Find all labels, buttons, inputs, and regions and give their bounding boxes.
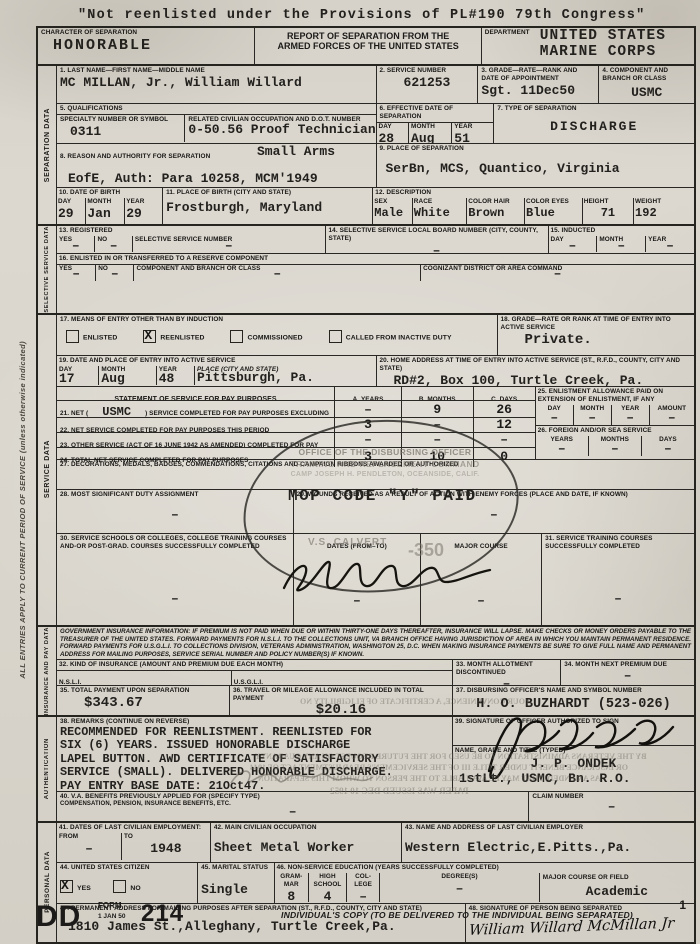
- field-6-year-label: YEAR: [454, 123, 491, 131]
- field-19-place: PLACE (City and State)Pittsburgh, Pa.: [194, 366, 376, 385]
- field-12-eyes-value: Blue: [526, 206, 581, 220]
- field-5-specialty-value: 0311: [70, 124, 181, 139]
- department-value-line2: MARINE CORPS: [540, 44, 656, 60]
- field-26-months: MONTHS–: [588, 436, 641, 456]
- field-12-sex-value: Male: [374, 206, 410, 220]
- field-15-day: DAY–: [549, 236, 597, 252]
- field-9: 9. PLACE OF SEPARATION SerBn, MCS, Quant…: [376, 144, 695, 187]
- section-separation-label: SEPARATION DATA: [44, 108, 51, 182]
- field-36: 36. TRAVEL OR MILEAGE ALLOWANCE INCLUDED…: [229, 686, 452, 715]
- field-43-value: Western Electric,E.Pitts.,Pa.: [405, 840, 691, 855]
- checkbox-reenlisted: X: [143, 330, 156, 343]
- field-6-month-label: MONTH: [411, 123, 449, 131]
- field-23-label-cell: 23. OTHER SERVICE (Act of 16 June 1942 a…: [57, 433, 334, 447]
- field-17-option-called: CALLED FROM INACTIVE DUTY: [329, 331, 452, 344]
- field-16-yes: YES–: [57, 265, 95, 281]
- field-40: 40. V.A. BENEFITS PREVIOUSLY APPLIED FOR…: [57, 792, 528, 821]
- field-32-usgli-value: –: [234, 682, 450, 685]
- field-23-months-value: –: [405, 433, 470, 447]
- top-annotation: "Not reenlisted under the Provisions of …: [78, 8, 645, 23]
- form-footer: DD FORM 1 JAN 50 214 INDIVIDUAL'S COPY (…: [36, 898, 696, 942]
- report-title-line2: ARMED FORCES OF THE UNITED STATES: [258, 41, 477, 51]
- character-of-separation-box: CHARACTER OF SEPARATION HONORABLE: [38, 28, 254, 64]
- row-1-4: 1. LAST NAME—FIRST NAME—MIDDLE NAME MC M…: [57, 66, 694, 103]
- department-value-line1: UNITED STATES: [540, 28, 666, 44]
- section-insurance: INSURANCE AND PAY DATA GOVERNMENT INSURA…: [38, 625, 694, 715]
- field-26-months-value: –: [611, 441, 619, 456]
- field-23-months: –: [401, 433, 473, 447]
- field-41: 41. DATES OF LAST CIVILIAN EMPLOYMENT: F…: [57, 823, 210, 862]
- field-28: 28. MOST SIGNIFICANT DUTY ASSIGNMENT –: [57, 490, 293, 533]
- row-21-26: STATEMENT OF SERVICE FOR PAY PURPOSES A.…: [57, 386, 694, 459]
- form-header-row: CHARACTER OF SEPARATION HONORABLE REPORT…: [38, 28, 694, 64]
- field-12-hair: COLOR HAIRBrown: [466, 198, 524, 224]
- field-15-label: 15. INDUCTED: [549, 226, 695, 236]
- field-12-race-value: White: [414, 206, 466, 220]
- insurance-note-text: GOVERNMENT INSURANCE INFORMATION: IF PRE…: [60, 628, 691, 659]
- remarks-line-1: RECOMMENDED FOR REENLISTMENT. REENLISTED…: [60, 726, 449, 739]
- field-8-value: EofE, Auth: Para 10258, MCM'1949: [68, 171, 373, 186]
- section-authentication-strip: AUTHENTICATION: [38, 717, 57, 821]
- field-31: 31. SERVICE TRAINING COURSES SUCCESSFULL…: [541, 534, 694, 625]
- field-6-month: MONTH Aug: [408, 123, 451, 143]
- report-title-box: REPORT OF SEPARATION FROM THE ARMED FORC…: [254, 28, 480, 64]
- field-4: 4. COMPONENT AND BRANCH OR CLASS USMC: [598, 66, 694, 103]
- field-2-value: 621253: [380, 75, 475, 90]
- field-19-day-value: 17: [59, 371, 96, 385]
- field-10: 10. DATE OF BIRTH DAY29 MONTHJan YEAR29: [57, 188, 162, 224]
- field-13-ssn: SELECTIVE SERVICE NUMBER–: [132, 236, 325, 252]
- field-22-months: –: [401, 418, 473, 432]
- field-6-day-value: 28: [379, 131, 407, 143]
- field-10-day-value: 29: [58, 206, 84, 221]
- field-12-label: 12. DESCRIPTION: [373, 188, 694, 198]
- field-17-option-enlisted-label: ENLISTED: [83, 334, 117, 341]
- field-19-place-value: Pittsburgh, Pa.: [197, 370, 374, 385]
- field-30-dates-label: DATES (From–To): [297, 543, 417, 551]
- field-41-to: TO1948: [121, 833, 210, 860]
- claim-number-value: –: [532, 799, 691, 814]
- field-4-value: USMC: [602, 85, 691, 100]
- field-39-title-value: 1stLt., USMC, Bn. R.O.: [459, 771, 694, 786]
- field-17-option-commissioned: COMMISSIONED: [230, 331, 302, 344]
- field-23-years: –: [334, 433, 401, 447]
- row-35-37: 35. TOTAL PAYMENT UPON SEPARATION $343.6…: [57, 685, 694, 715]
- field-12-sex: SEXMale: [373, 198, 411, 224]
- field-21-label-pre: 21. NET (: [60, 410, 88, 417]
- field-40-label: 40. V.A. BENEFITS PREVIOUSLY APPLIED FOR…: [60, 793, 525, 801]
- field-46-major-value: Academic: [543, 884, 691, 899]
- field-20-value: RD#2, Box 100, Turtle Creek, Pa.: [394, 373, 692, 386]
- field-22-years: 3: [334, 418, 401, 432]
- field-12-height-label: HEIGHT: [584, 198, 632, 206]
- checkbox-citizen-yes-mark: X: [61, 878, 69, 894]
- pay-header-years-text: A. YEARS: [353, 396, 384, 400]
- field-31-label: 31. SERVICE TRAINING COURSES SUCCESSFULL…: [545, 535, 691, 551]
- field-37-label: 37. DISBURSING OFFICER'S NAME AND SYMBOL…: [456, 687, 691, 695]
- field-35-label: 35. TOTAL PAYMENT UPON SEPARATION: [60, 687, 226, 695]
- field-34: 34. MONTH NEXT PREMIUM DUE –: [560, 660, 694, 685]
- field-9-label: 9. PLACE OF SEPARATION: [380, 145, 692, 153]
- field-46-college-label: COL- LEGE: [347, 873, 380, 889]
- field-14: 14. SELECTIVE SERVICE LOCAL BOARD NUMBER…: [325, 226, 548, 253]
- section-authentication: AUTHENTICATION 38. REMARKS (Continue on …: [38, 715, 694, 821]
- field-17: 17. MEANS OF ENTRY OTHER THAN BY INDUCTI…: [57, 315, 497, 355]
- field-22-years-value: 3: [338, 418, 398, 432]
- field-21-years: –: [334, 401, 401, 417]
- row-insurance-note: GOVERNMENT INSURANCE INFORMATION: IF PRE…: [57, 627, 694, 659]
- field-7-label: 7. TYPE OF SEPARATION: [497, 105, 691, 113]
- pay-header-months-text: B. MONTHS: [419, 396, 456, 400]
- pay-header-days-text: C. DAYS: [491, 396, 517, 400]
- field-6-year: YEAR 51: [451, 123, 493, 143]
- field-41-from-label: FROM: [59, 833, 119, 841]
- section-service-label: SERVICE DATA: [44, 440, 51, 498]
- field-17-option-reenlisted: XREENLISTED: [143, 331, 204, 344]
- field-10-month-value: Jan: [87, 206, 123, 221]
- field-12-weight: WEIGHT192: [633, 198, 694, 224]
- field-39-name-value: J. P. ONDEK: [453, 756, 694, 771]
- field-6-day-label: DAY: [379, 123, 407, 131]
- row-5-7: 5. QUALIFICATIONS SPECIALTY NUMBER OR SY…: [57, 103, 694, 143]
- field-1: 1. LAST NAME—FIRST NAME—MIDDLE NAME MC M…: [57, 66, 376, 103]
- field-3-label: 3. GRADE—RATE—RANK AND DATE OF APPOINTME…: [481, 67, 595, 83]
- field-39-label: 39. SIGNATURE OF OFFICER AUTHORIZED TO S…: [453, 717, 694, 727]
- field-42: 42. MAIN CIVILIAN OCCUPATION Sheet Metal…: [210, 823, 401, 862]
- field-30-dates-value: –: [297, 593, 417, 608]
- field-46-label: 46. NON-SERVICE EDUCATION (Years success…: [275, 863, 694, 873]
- field-10-month-label: MONTH: [87, 198, 123, 206]
- field-25-month-value: –: [588, 410, 596, 425]
- field-19-label: 19. DATE AND PLACE OF ENTRY INTO ACTIVE …: [57, 356, 376, 366]
- checkbox-commissioned: [230, 330, 243, 343]
- field-17-option-reenlisted-label: REENLISTED: [160, 334, 204, 341]
- remarks-line-2: SIX (6) YEARS. ISSUED HONORABLE DISCHARG…: [60, 739, 449, 752]
- field-12-eyes: COLOR EYESBlue: [524, 198, 582, 224]
- section-service-data: SERVICE DATA 17. MEANS OF ENTRY OTHER TH…: [38, 313, 694, 625]
- row-16: 16. ENLISTED IN OR TRANSFERRED TO A RESE…: [57, 253, 694, 281]
- footer-page-number: 1: [679, 898, 686, 912]
- field-41-to-value: 1948: [124, 841, 208, 856]
- row-21: 21. NET (USMC) SERVICE COMPLETED FOR PAY…: [57, 401, 535, 418]
- section-insurance-label: INSURANCE AND PAY DATA: [44, 627, 50, 715]
- field-2-label: 2. SERVICE NUMBER: [380, 67, 475, 75]
- field-15-month: MONTH–: [596, 236, 645, 252]
- field-19-year: YEAR48: [156, 366, 194, 385]
- field-30-label: 30. SERVICE SCHOOLS OR COLLEGES, COLLEGE…: [60, 535, 290, 551]
- field-43-label: 43. NAME AND ADDRESS OF LAST CIVILIAN EM…: [405, 824, 691, 832]
- field-11: 11. PLACE OF BIRTH (City and State) Fros…: [162, 188, 372, 224]
- remarks-line-3: LAPEL BUTTON. AWD CERTIFICATE OF SATISFA…: [60, 753, 449, 766]
- insurance-note: GOVERNMENT INSURANCE INFORMATION: IF PRE…: [57, 627, 694, 659]
- field-36-label: 36. TRAVEL OR MILEAGE ALLOWANCE INCLUDED…: [233, 687, 449, 703]
- row-32-34: 32. KIND OF INSURANCE (amount and premiu…: [57, 659, 694, 685]
- field-39: 39. SIGNATURE OF OFFICER AUTHORIZED TO S…: [452, 717, 694, 791]
- footer-copy-text: INDIVIDUAL'S COPY (TO BE DELIVERED TO TH…: [281, 910, 633, 920]
- field-26-days-value: –: [664, 441, 672, 456]
- field-6-month-value: Aug: [411, 131, 449, 143]
- field-12-height-value: 71: [584, 206, 632, 220]
- row-17-18: 17. MEANS OF ENTRY OTHER THAN BY INDUCTI…: [57, 315, 694, 355]
- field-29-label: 29. WOUNDS RECEIVED AS A RESULT OF ACTIO…: [297, 491, 691, 499]
- row-40: 40. V.A. BENEFITS PREVIOUSLY APPLIED FOR…: [57, 791, 694, 821]
- field-12-race: RACEWhite: [412, 198, 467, 224]
- pay-header-title: STATEMENT OF SERVICE FOR PAY PURPOSES: [57, 387, 334, 400]
- field-33-value: –: [456, 676, 557, 685]
- field-15-year: YEAR–: [645, 236, 694, 252]
- field-20: 20. HOME ADDRESS AT TIME OF ENTRY INTO A…: [376, 356, 695, 386]
- field-12-race-label: RACE: [414, 198, 466, 206]
- footer-dd: DD: [36, 900, 81, 934]
- field-25-day: DAY–: [536, 405, 573, 425]
- field-12-hair-label: COLOR HAIR: [468, 198, 523, 206]
- field-25-day-value: –: [550, 410, 558, 425]
- field-33-label: 33. MONTH ALLOTMENT DISCONTINUED: [456, 661, 557, 677]
- field-6-year-value: 51: [454, 131, 491, 143]
- field-13-no: NO–: [94, 236, 131, 252]
- row-13-15: 13. REGISTERED YES– NO– SELECTIVE SERVIC…: [57, 226, 694, 253]
- field-22-months-value: –: [405, 418, 470, 432]
- field-32-nsli: N.S.L.I.–: [57, 671, 231, 685]
- field-32: 32. KIND OF INSURANCE (amount and premiu…: [57, 660, 452, 685]
- field-28-value: –: [60, 507, 290, 522]
- field-41-to-label: TO: [124, 833, 208, 841]
- field-10-label: 10. DATE OF BIRTH: [57, 188, 162, 198]
- footer-form-date: 1 JAN 50: [98, 913, 125, 920]
- field-10-year-value: 29: [126, 206, 161, 221]
- field-11-value: Frostburgh, Maryland: [166, 200, 369, 215]
- field-33: 33. MONTH ALLOTMENT DISCONTINUED –: [452, 660, 560, 685]
- field-5-dot-value: 0-50.56 Proof Technician: [188, 122, 372, 137]
- field-12: 12. DESCRIPTION SEXMale RACEWhite COLOR …: [372, 188, 694, 224]
- section-separation-data: SEPARATION DATA 1. LAST NAME—FIRST NAME—…: [38, 64, 694, 224]
- field-18-value: Private.: [525, 332, 691, 348]
- row-28-29: 28. MOST SIGNIFICANT DUTY ASSIGNMENT – 2…: [57, 489, 694, 533]
- field-31-value: –: [545, 591, 691, 606]
- section-selective-label: SELECTIVE SERVICE DATA: [44, 226, 50, 313]
- field-12-weight-label: WEIGHT: [635, 198, 693, 206]
- field-44-label: 44. UNITED STATES CITIZEN: [60, 864, 194, 872]
- field-16-component: COMPONENT AND BRANCH OR CLASS–: [133, 265, 420, 281]
- field-45-value: Single: [201, 882, 270, 897]
- field-3: 3. GRADE—RATE—RANK AND DATE OF APPOINTME…: [477, 66, 598, 103]
- field-45: 45. MARITAL STATUS Single: [197, 863, 273, 903]
- field-19-month: MONTHAug: [98, 366, 155, 385]
- field-34-value: –: [564, 668, 691, 683]
- field-40-claim: CLAIM NUMBER –: [528, 792, 694, 821]
- field-10-year-label: YEAR: [126, 198, 161, 206]
- field-41-from: FROM–: [57, 833, 121, 860]
- checkbox-citizen-yes: X: [60, 880, 73, 893]
- field-46: 46. NON-SERVICE EDUCATION (Years success…: [274, 863, 694, 903]
- field-21-label-cell: 21. NET (USMC) SERVICE COMPLETED FOR PAY…: [57, 401, 334, 417]
- field-27: 27. DECORATIONS, MEDALS, BADGES, COMMEND…: [57, 460, 694, 489]
- field-16-no: NO–: [95, 265, 133, 281]
- field-5-specialty: SPECIALTY NUMBER OR SYMBOL 0311: [57, 115, 184, 142]
- field-35-value: $343.67: [84, 695, 226, 711]
- field-14-label: 14. SELECTIVE SERVICE LOCAL BOARD NUMBER…: [329, 227, 545, 243]
- field-25-year: YEAR–: [611, 405, 649, 425]
- pay-header-years: A. YEARS: [334, 387, 401, 400]
- pay-header-title-text: STATEMENT OF SERVICE FOR PAY PURPOSES: [114, 396, 276, 400]
- field-5-dot: RELATED CIVILIAN OCCUPATION AND D.O.T. N…: [184, 115, 375, 142]
- field-18: 18. GRADE—RATE OR RANK AT TIME OF ENTRY …: [497, 315, 694, 355]
- field-46-degrees-value: –: [456, 881, 464, 896]
- field-30-value: –: [60, 591, 290, 606]
- field-25-26-block: 25. ENLISTMENT ALLOWANCE PAID ON EXTENSI…: [535, 387, 694, 459]
- field-13: 13. REGISTERED YES– NO– SELECTIVE SERVIC…: [57, 226, 325, 253]
- row-44-46: 44. UNITED STATES CITIZEN XYES NO 45. MA…: [57, 862, 694, 903]
- field-27-label: 27. DECORATIONS, MEDALS, BADGES, COMMEND…: [60, 461, 691, 469]
- field-16-cognizant: COGNIZANT DISTRICT OR AREA COMMAND–: [420, 265, 694, 281]
- row-41-43: 41. DATES OF LAST CIVILIAN EMPLOYMENT: F…: [57, 823, 694, 862]
- checkbox-reenlisted-mark: X: [144, 328, 152, 344]
- field-42-label: 42. MAIN CIVILIAN OCCUPATION: [214, 824, 398, 832]
- field-17-option-called-label: CALLED FROM INACTIVE DUTY: [346, 334, 452, 341]
- field-22-days-value: 12: [477, 418, 532, 432]
- field-45-label: 45. MARITAL STATUS: [201, 864, 270, 872]
- field-7: 7. TYPE OF SEPARATION DISCHARGE: [493, 104, 694, 143]
- field-12-hair-value: Brown: [468, 206, 523, 220]
- field-21-days-value: 26: [477, 402, 532, 417]
- field-25-amount-value: –: [668, 410, 676, 425]
- field-6-label: 6. EFFECTIVE DATE OF SEPARATION: [377, 104, 494, 123]
- row-38-39: 38. REMARKS (Continue on reverse) RECOMM…: [57, 717, 694, 791]
- checkbox-citizen-no: [113, 880, 126, 893]
- field-8-label: 8. REASON AND AUTHORITY FOR SEPARATION: [60, 153, 210, 161]
- field-2: 2. SERVICE NUMBER 621253: [376, 66, 478, 103]
- section-authentication-label: AUTHENTICATION: [44, 738, 50, 799]
- field-3-value: Sgt. 11Dec50: [481, 83, 595, 98]
- field-26-days: DAYS–: [641, 436, 694, 456]
- field-44-yes: XYES: [60, 885, 91, 892]
- field-44-no: NO: [113, 885, 140, 892]
- field-21-months: 9: [401, 401, 473, 417]
- field-12-height: HEIGHT71: [582, 198, 633, 224]
- field-26-years: YEARS–: [536, 436, 588, 456]
- row-30-31: 30. SERVICE SCHOOLS OR COLLEGES, COLLEGE…: [57, 533, 694, 625]
- footer-form-number: 214: [141, 900, 184, 928]
- field-7-value: DISCHARGE: [497, 119, 691, 134]
- field-16: 16. ENLISTED IN OR TRANSFERRED TO A RESE…: [57, 254, 694, 281]
- field-9-value: SerBn, MCS, Quantico, Virginia: [386, 161, 692, 176]
- field-13-label: 13. REGISTERED: [57, 226, 325, 236]
- field-44-no-label: NO: [130, 885, 140, 892]
- field-43: 43. NAME AND ADDRESS OF LAST CIVILIAN EM…: [401, 823, 694, 862]
- field-11-label: 11. PLACE OF BIRTH (City and State): [166, 189, 369, 197]
- field-28-label: 28. MOST SIGNIFICANT DUTY ASSIGNMENT: [60, 491, 290, 499]
- field-37: 37. DISBURSING OFFICER'S NAME AND SYMBOL…: [452, 686, 694, 715]
- field-32-nsli-label: N.S.L.I.: [59, 679, 81, 685]
- field-6: 6. EFFECTIVE DATE OF SEPARATION DAY 28 M…: [376, 104, 494, 143]
- field-30-dates: DATES (From–To) –: [293, 534, 420, 625]
- pay-header-days: C. DAYS: [473, 387, 535, 400]
- field-5-label: 5. QUALIFICATIONS: [57, 104, 376, 115]
- pay-table: STATEMENT OF SERVICE FOR PAY PURPOSES A.…: [57, 387, 535, 459]
- field-29-value: –: [297, 507, 691, 522]
- edge-note-text: ALL ENTRIES APPLY TO CURRENT PERIOD OF S…: [18, 341, 27, 679]
- field-20-label: 20. HOME ADDRESS AT TIME OF ENTRY INTO A…: [380, 357, 692, 373]
- field-39-name-label: NAME, GRADE AND TITLE (Typed): [453, 746, 694, 756]
- dd214-scanned-document: "Not reenlisted under the Provisions of …: [0, 0, 700, 944]
- field-13-yes: YES–: [57, 236, 94, 252]
- field-32-usgli-label: U.S.G.L.I.: [234, 679, 263, 685]
- field-17-option-enlisted: ENLISTED: [66, 331, 117, 344]
- field-23-years-value: –: [338, 433, 398, 447]
- field-42-value: Sheet Metal Worker: [214, 840, 398, 855]
- remarks-line-5: PAY ENTRY BASE DATE: 21Oct47.: [60, 780, 449, 791]
- field-5-extra-value: Small Arms: [257, 144, 335, 159]
- field-25-label: 25. ENLISTMENT ALLOWANCE PAID ON EXTENSI…: [536, 387, 694, 405]
- field-29: 29. WOUNDS RECEIVED AS A RESULT OF ACTIO…: [293, 490, 694, 533]
- row-22: 22. NET SERVICE COMPLETED FOR PAY PURPOS…: [57, 418, 535, 433]
- field-15: 15. INDUCTED DAY– MONTH– YEAR–: [548, 226, 695, 253]
- field-26-years-value: –: [558, 441, 566, 456]
- field-46-major-label: MAJOR COURSE OR FIELD: [543, 874, 691, 882]
- field-30-major-label: MAJOR COURSE: [424, 543, 538, 551]
- row-8-9: 8. REASON AND AUTHORITY FOR SEPARATION S…: [57, 143, 694, 187]
- field-10-year: YEAR29: [124, 198, 162, 224]
- field-19-month-value: Aug: [101, 371, 153, 385]
- field-30-major-value: –: [424, 593, 538, 608]
- field-35: 35. TOTAL PAYMENT UPON SEPARATION $343.6…: [57, 686, 229, 715]
- field-6-day: DAY 28: [377, 123, 409, 143]
- field-26-label: 26. FOREIGN AND/OR SEA SERVICE: [536, 426, 694, 436]
- field-5: 5. QUALIFICATIONS SPECIALTY NUMBER OR SY…: [57, 104, 376, 143]
- field-38: 38. REMARKS (Continue on reverse) RECOMM…: [57, 717, 452, 791]
- footer-form-word: FORM: [98, 901, 122, 910]
- checkbox-enlisted: [66, 330, 79, 343]
- field-22-days: 12: [473, 418, 535, 432]
- field-23-days-value: –: [477, 433, 532, 447]
- department-box: DEPARTMENT UNITED STATES MARINE CORPS: [481, 28, 694, 64]
- field-38-remarks: RECOMMENDED FOR REENLISTMENT. REENLISTED…: [60, 726, 449, 791]
- field-41-label: 41. DATES OF LAST CIVILIAN EMPLOYMENT:: [57, 823, 210, 833]
- edge-note: ALL ENTRIES APPLY TO CURRENT PERIOD OF S…: [18, 120, 27, 900]
- field-10-day: DAY29: [57, 198, 85, 224]
- field-21-days: 26: [473, 401, 535, 417]
- field-25-year-value: –: [626, 410, 634, 425]
- field-1-value: MC MILLAN, Jr., William Willard: [60, 75, 373, 90]
- field-32-label: 32. KIND OF INSURANCE (amount and premiu…: [57, 660, 452, 671]
- field-44-yes-label: YES: [77, 885, 91, 892]
- field-1-label: 1. LAST NAME—FIRST NAME—MIDDLE NAME: [60, 67, 373, 75]
- field-12-sex-label: SEX: [374, 198, 410, 206]
- section-service-strip: SERVICE DATA: [38, 315, 57, 625]
- form-body: CHARACTER OF SEPARATION HONORABLE REPORT…: [36, 26, 696, 944]
- field-21-years-value: –: [338, 402, 398, 417]
- field-19-day: DAY17: [57, 366, 98, 385]
- field-46-degrees-label: DEGREE(S): [441, 873, 477, 881]
- field-10-month: MONTHJan: [85, 198, 124, 224]
- field-14-value: –: [329, 243, 545, 253]
- field-5-specialty-label: SPECIALTY NUMBER OR SYMBOL: [60, 116, 181, 124]
- character-of-separation-label: CHARACTER OF SEPARATION: [41, 29, 251, 37]
- field-32-usgli: U.S.G.L.I.–: [231, 671, 452, 685]
- row-10-12: 10. DATE OF BIRTH DAY29 MONTHJan YEAR29 …: [57, 187, 694, 224]
- field-12-weight-value: 192: [635, 206, 693, 220]
- section-insurance-strip: INSURANCE AND PAY DATA: [38, 627, 57, 715]
- field-23-days: –: [473, 433, 535, 447]
- field-17-option-commissioned-label: COMMISSIONED: [247, 334, 302, 341]
- row-27: 27. DECORATIONS, MEDALS, BADGES, COMMEND…: [57, 459, 694, 489]
- field-25-amount: AMOUNT–: [649, 405, 694, 425]
- field-46-grammar-label: GRAM- MAR: [275, 873, 309, 889]
- field-10-day-label: DAY: [58, 198, 84, 206]
- character-of-separation-value: HONORABLE: [53, 37, 251, 54]
- field-36-value: $20.16: [233, 702, 449, 715]
- field-19: 19. DATE AND PLACE OF ENTRY INTO ACTIVE …: [57, 356, 376, 386]
